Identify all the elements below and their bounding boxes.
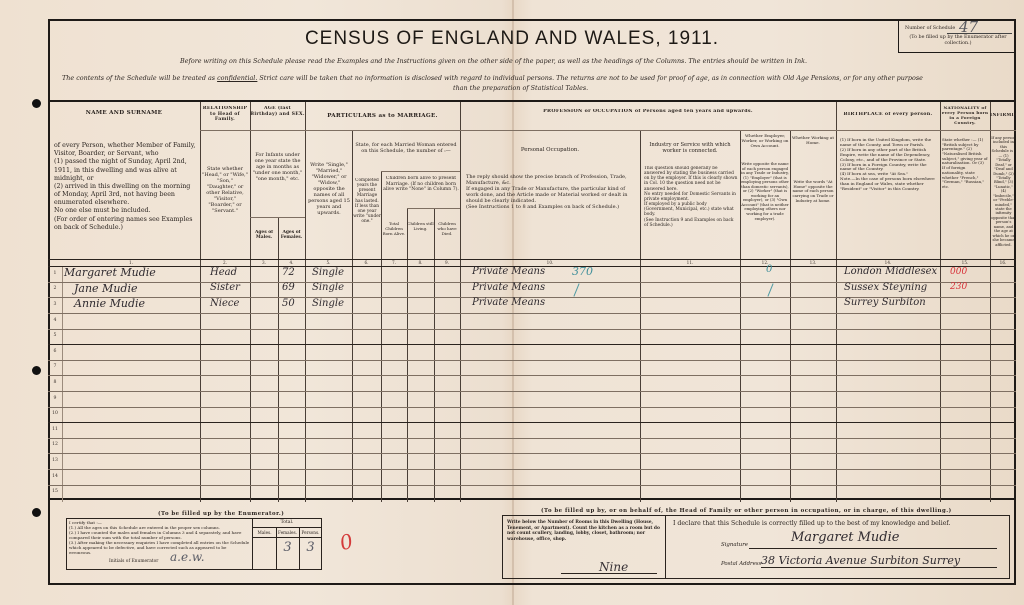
header-relationship-body: State whether "Head," or "Wife," "Son," … [202, 166, 248, 214]
enumerator-section-title: (To be filled up by the Enumerator.) [158, 511, 284, 517]
col-divider [940, 102, 941, 502]
header-at-home: Whether Working at Home. [790, 136, 836, 146]
column-number: 11. [640, 260, 740, 267]
col-divider [305, 102, 306, 502]
row-number: 14 [48, 474, 62, 479]
enumerator-initials-value[interactable]: a.e.w. [170, 550, 205, 564]
header-relationship: RELATIONSHIP to Head of Family. [200, 106, 250, 123]
row-number: 12 [48, 442, 62, 447]
signature-label: Signature [721, 542, 748, 548]
declaration-text: I declare that this Schedule is correctl… [673, 520, 950, 527]
person-occupation[interactable]: Private Means [472, 266, 545, 277]
header-divider [407, 208, 460, 209]
row-number: 3 [48, 302, 62, 307]
row-number: 10 [48, 411, 62, 416]
column-number: 7. [381, 260, 407, 267]
col-divider [434, 208, 435, 502]
person-birthplace[interactable]: Sussex Steyning [844, 282, 927, 293]
row-number: 15 [48, 489, 62, 494]
row-line [48, 485, 1016, 486]
person-name[interactable]: Annie Mudie [74, 297, 145, 310]
col-divider [250, 102, 251, 502]
person-name[interactable]: Jane Mudie [74, 282, 137, 295]
schedule-number-line [947, 33, 1012, 34]
form-title: CENSUS OF ENGLAND AND WALES, 1911. [0, 28, 1024, 50]
row-number: 6 [48, 349, 62, 354]
employer-tick-icon [767, 283, 773, 296]
totals-title: Total. [253, 520, 321, 528]
person-relationship[interactable]: Sister [210, 282, 240, 293]
postal-address-line [761, 567, 997, 568]
row-line [48, 375, 1016, 376]
row-line [48, 422, 1016, 423]
row-number: 4 [48, 318, 62, 323]
header-age: AGE (last Birthday) and SEX. [250, 106, 305, 117]
column-number: 15. [940, 260, 990, 267]
schedule-number-value[interactable]: 47 [959, 18, 978, 37]
header-marriage-write: Write "Single," "Married," "Widower," or… [307, 162, 351, 216]
column-number: 13. [790, 260, 836, 267]
enumerator-box: I certify that :— (1.) All the ages on t… [66, 518, 322, 570]
header-nationality-body: State whether :— (1) "British subject by… [942, 138, 988, 190]
head-section-title: (To be filled up by, or on behalf of, th… [541, 508, 952, 514]
header-divider [460, 130, 1016, 131]
postal-address-value[interactable]: 38 Victoria Avenue Surbiton Surrey [761, 554, 960, 567]
row-number: 9 [48, 396, 62, 401]
row-line [48, 391, 1016, 392]
person-name[interactable]: Margaret Mudie [64, 266, 156, 279]
birthplace-code: 230 [950, 282, 967, 292]
column-number: 16. [990, 260, 1016, 267]
header-age-males: Ages of Males. [250, 230, 278, 241]
person-birthplace[interactable]: Surrey Surbiton [844, 297, 926, 308]
person-occupation[interactable]: Private Means [472, 282, 545, 293]
header-personal-occupation-body: The reply should show the precise branch… [466, 174, 636, 210]
row-line [48, 329, 1016, 330]
schedule-number-label: Number of Schedule [905, 26, 955, 31]
col-divider [640, 130, 641, 502]
column-number: 5. [305, 260, 352, 267]
rooms-instructions: Write below the Number of Rooms in this … [507, 520, 661, 542]
row-number: 8 [48, 380, 62, 385]
column-number: 9. [434, 260, 460, 267]
signature-value[interactable]: Margaret Mudie [791, 530, 899, 545]
census-form-sheet: CENSUS OF ENGLAND AND WALES, 1911. Befor… [0, 0, 1024, 605]
header-birthplace-body: (1) If born in the United Kingdom, write… [840, 138, 938, 192]
col-divider [407, 208, 408, 502]
header-infirmity-body: If any person included in this Schedule … [991, 136, 1016, 247]
occupation-code: 370 [572, 265, 593, 278]
header-birthplace: BIRTHPLACE of every person. [836, 112, 940, 118]
header-children-total: Total Children Born Alive. [381, 222, 407, 236]
col-divider [460, 102, 461, 502]
rownum-divider [62, 266, 63, 502]
row-number: 13 [48, 458, 62, 463]
column-number: 12. [740, 260, 790, 267]
header-personal-occupation: Personal Occupation. [460, 147, 640, 153]
header-employer: Whether Employer, Worker, or Working on … [740, 134, 790, 149]
schedule-number-note: (To be filled up by the Enumerator after… [905, 35, 1011, 47]
birthplace-code: 000 [950, 267, 967, 277]
totals-table: Total. Males. Females. Persons. 3 3 [252, 519, 321, 569]
row-number: 2 [48, 286, 62, 291]
header-age-body: For Infants under one year state the age… [252, 152, 303, 182]
enumerator-initials-label: Initials of Enumerator [109, 559, 158, 564]
form-instructions: Before writing on this Schedule please r… [180, 57, 807, 65]
column-number: 2. [200, 260, 250, 267]
row-line [48, 469, 1016, 470]
person-age-female[interactable]: 72 [282, 267, 295, 278]
row-line [48, 407, 1016, 408]
confidentiality-note: The contents of the Schedule will be tre… [62, 74, 923, 82]
row-line [48, 344, 1016, 345]
row-line [48, 438, 1016, 439]
header-divider [200, 130, 460, 131]
household-table: NAME AND SURNAME of every Person, whethe… [48, 100, 1016, 500]
header-industry-body: This question should generally be answer… [644, 166, 738, 228]
header-divider [250, 217, 305, 218]
row-line [48, 453, 1016, 454]
person-age-female[interactable]: 50 [282, 298, 295, 309]
person-relationship[interactable]: Niece [210, 298, 239, 309]
rooms-value[interactable]: Nine [599, 560, 628, 574]
col-divider [836, 102, 837, 502]
confidential-word: confidential. [217, 74, 257, 82]
header-marriage: PARTICULARS as to MARRIAGE. [305, 113, 460, 120]
header-industry: Industry or Service with which worker is… [642, 142, 738, 154]
header-profession: PROFESSION or OCCUPATION of Persons aged… [460, 109, 836, 115]
header-employer-body: Write opposite the name of each person e… [741, 162, 789, 221]
totals-females-value[interactable]: 3 [276, 540, 299, 555]
occupation-tick-icon [573, 283, 579, 296]
column-number: 4. [278, 260, 305, 267]
header-nationality: NATIONALITY of every Person born in a Fo… [940, 106, 990, 126]
totals-persons-value[interactable]: 3 [299, 540, 322, 555]
column-number: 8. [407, 260, 434, 267]
schedule-number-box: Number of Schedule 47 (To be filled up b… [898, 19, 1016, 53]
person-age-female[interactable]: 69 [282, 282, 295, 293]
column-number: 6. [352, 260, 381, 267]
header-marriage-children: Children born alive to present Marriage.… [382, 176, 460, 193]
row-number: 7 [48, 364, 62, 369]
header-divider [381, 171, 460, 172]
signature-line [749, 548, 997, 549]
row-number: 1 [48, 271, 62, 276]
header-children-living: Children still Living. [407, 222, 434, 232]
person-marriage[interactable]: Single [312, 267, 344, 278]
person-occupation[interactable]: Private Means [472, 297, 545, 308]
header-name: NAME AND SURNAME [48, 110, 200, 117]
punch-hole-icon [32, 99, 41, 108]
employer-mark: 0 [766, 264, 772, 275]
enumerator-certification: I certify that :— (1.) All the ages on t… [69, 520, 250, 555]
rooms-divider [665, 516, 666, 578]
totals-persons-label: Persons. [299, 528, 322, 538]
row-number: 5 [48, 333, 62, 338]
person-marriage[interactable]: Single [312, 298, 344, 309]
header-marriage-completed: Completed years the present Marriage has… [353, 178, 381, 224]
row-line [48, 313, 1016, 314]
punch-hole-icon [32, 508, 41, 517]
confidentiality-pre: The contents of the Schedule will be tre… [62, 74, 217, 82]
header-age-females: Ages of Females. [278, 230, 305, 241]
punch-hole-icon [32, 366, 41, 375]
person-relationship[interactable]: Head [210, 267, 237, 278]
header-marriage-state: State, for each Married Woman entered on… [354, 142, 458, 154]
col-divider [200, 102, 201, 502]
header-children-died: Children who have Died. [434, 222, 460, 236]
header-at-home-body: Write the words "At Home" opposite the n… [791, 180, 835, 203]
head-declaration-box: Write below the Number of Rooms in this … [502, 515, 1010, 579]
totals-females-label: Females. [276, 528, 299, 538]
header-infirmity: INFIRMITY. [990, 113, 1016, 118]
totals-males-label: Males. [253, 528, 276, 538]
confidentiality-note-line2: than the preparation of Statistical Tabl… [453, 84, 588, 92]
person-marriage[interactable]: Single [312, 282, 344, 293]
header-name-body: of every Person, whether Member of Famil… [54, 142, 196, 232]
person-birthplace[interactable]: London Middlesex [844, 266, 937, 277]
confidentiality-post: Strict care will be taken that no inform… [257, 74, 923, 82]
row-line [48, 360, 1016, 361]
postal-address-label: Postal Address [721, 561, 761, 567]
column-number: 3. [250, 260, 278, 267]
row-number: 11 [48, 427, 62, 432]
